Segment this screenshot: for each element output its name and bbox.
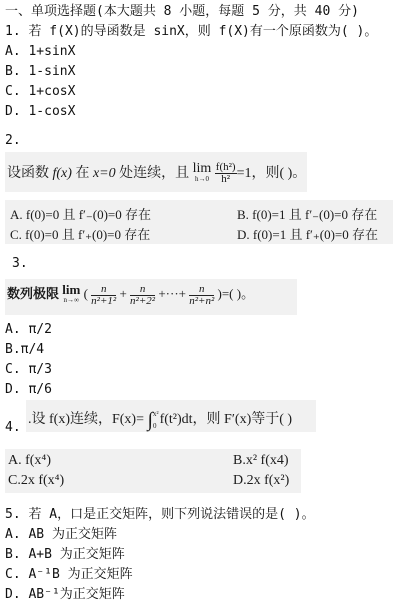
- question-3-number: 3.: [12, 256, 28, 272]
- section-title: 一、单项选择题(本大题共 8 小题，每题 5 分，共 40 分): [5, 4, 359, 20]
- question-2-option-a[interactable]: A. f(0)=0 且 f′₋(0)=0 存在: [10, 204, 151, 223]
- q3-term-2: n n²+2²: [130, 284, 155, 307]
- q2-text: 在: [75, 166, 89, 181]
- question-2-options-image: A. f(0)=0 且 f′₋(0)=0 存在 B. f(0)=1 且 f′₋(…: [5, 200, 393, 244]
- q3-text: 数列极限: [7, 286, 59, 301]
- q4-text-a: .设 f(x)连续，F(x)=: [28, 412, 148, 427]
- question-1-stem: 1. 若 f(X)的导函数是 sinX，则 f(X)有一个原函数为( )。: [5, 24, 377, 40]
- question-1-option-c[interactable]: C. 1+cosX: [5, 84, 75, 100]
- question-1-option-a[interactable]: A. 1+sinX: [5, 44, 75, 60]
- q2-tail: =1，则( )。: [237, 166, 307, 181]
- paren: (: [84, 286, 88, 301]
- frac-num: n: [91, 284, 116, 296]
- q2-x0: x=0: [93, 166, 116, 181]
- q2-fx: f(x): [53, 166, 72, 181]
- q2-text: 处连续，且: [119, 166, 189, 181]
- frac-den: n²+n²: [189, 296, 214, 307]
- question-4-option-d[interactable]: D.2x f(x²): [233, 473, 289, 489]
- lim-sub: h→0: [193, 174, 212, 184]
- question-4-number: 4.: [5, 420, 21, 436]
- integral-upper: x²: [153, 408, 159, 420]
- question-3-option-c[interactable]: C. π/3: [5, 362, 52, 378]
- q4-text-b: f(t²)dt，则 F′(x)等于( ): [160, 412, 292, 427]
- q3-term-1: n n²+1²: [91, 284, 116, 307]
- q2-fraction: f(h²) h²: [215, 162, 237, 185]
- question-2-option-d[interactable]: D. f(0)=1 且 f′₊(0)=0 存在: [237, 224, 378, 243]
- integral-lower: 0: [153, 420, 159, 432]
- question-1-option-d[interactable]: D. 1-cosX: [5, 104, 75, 120]
- frac-num: n: [189, 284, 214, 296]
- frac-den: h²: [215, 174, 237, 185]
- q3-limit: lim n→∞: [62, 285, 80, 305]
- lim-sub: n→∞: [62, 295, 80, 305]
- integral-limits: x²0: [153, 408, 159, 432]
- question-2-stem-image: 设函数 f(x) 在 x=0 处连续，且 lim h→0 f(h²) h² =1…: [5, 152, 307, 192]
- q3-term-n: n n²+n²: [189, 284, 214, 307]
- q3-tail: )=( )。: [218, 286, 255, 301]
- q2-limit: lim h→0: [193, 164, 212, 184]
- question-4-option-c[interactable]: C.2x f(x⁴): [8, 473, 64, 489]
- question-4-option-a[interactable]: A. f(x⁴): [8, 453, 51, 469]
- question-3-stem-image: 数列极限 lim n→∞ ( n n²+1² + n n²+2² +···+ n…: [5, 279, 297, 315]
- question-5-option-c[interactable]: C. A⁻¹B 为正交矩阵: [5, 567, 133, 583]
- frac-num: n: [130, 284, 155, 296]
- question-4-option-b[interactable]: B.x² f(x4): [233, 453, 289, 469]
- question-5-option-a[interactable]: A. AB 为正交矩阵: [5, 527, 117, 543]
- question-2-option-b[interactable]: B. f(0)=1 且 f′₋(0)=0 存在: [237, 204, 377, 223]
- question-3-option-b[interactable]: B.π/4: [5, 342, 44, 358]
- question-4-options-image: A. f(x⁴) B.x² f(x4) C.2x f(x⁴) D.2x f(x²…: [5, 449, 301, 493]
- question-5-stem: 5. 若 A，口是正交矩阵，则下列说法错误的是( )。: [5, 507, 315, 523]
- question-5-option-b[interactable]: B. A+B 为正交矩阵: [5, 547, 125, 563]
- ellipsis: +···+: [158, 286, 186, 301]
- question-3-option-d[interactable]: D. π/6: [5, 382, 52, 398]
- plus: +: [119, 286, 126, 301]
- question-4-stem-image: .设 f(x)连续，F(x)= ∫x²0f(t²)dt，则 F′(x)等于( ): [26, 400, 316, 432]
- question-1-option-b[interactable]: B. 1-sinX: [5, 64, 75, 80]
- frac-den: n²+1²: [91, 296, 116, 307]
- question-2-number: 2.: [5, 133, 21, 149]
- q2-text: 设函数: [7, 166, 49, 181]
- question-2-option-c[interactable]: C. f(0)=0 且 f′₊(0)=0 存在: [10, 224, 150, 243]
- question-5-option-d[interactable]: D. AB⁻¹为正交矩阵: [5, 587, 125, 603]
- frac-den: n²+2²: [130, 296, 155, 307]
- question-3-option-a[interactable]: A. π/2: [5, 322, 52, 338]
